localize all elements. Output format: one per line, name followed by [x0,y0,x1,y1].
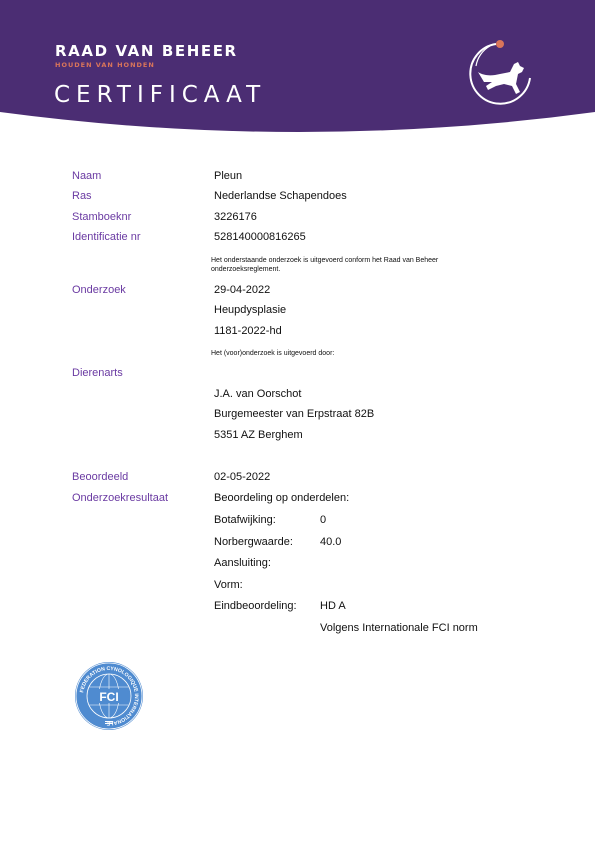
vet-street: Burgemeester van Erpstraat 82B [214,408,374,420]
congruence-label: Aansluiting: [214,557,271,569]
shape-label: Vorm: [214,579,243,591]
bone-deviation-value: 0 [320,514,326,526]
norberg-value: 40.0 [320,536,341,548]
norberg-label: Norbergwaarde: [214,536,293,548]
id-label: Identificatie nr [72,231,140,243]
leaping-dog-logo-icon [466,38,538,110]
exam-reference: 1181-2022-hd [214,325,282,337]
exam-label: Onderzoek [72,284,126,296]
vet-name: J.A. van Oorschot [214,388,301,400]
exam-date: 29-04-2022 [214,284,270,296]
fci-seal-center-text: FCI [99,690,118,704]
studbook-value: 3226176 [214,211,257,223]
studbook-label: Stamboeknr [72,211,131,223]
fci-seal-icon: FCI FEDERATION CYNOLOGIQUE INTERNATIONAL… [74,661,144,731]
fci-norm-note: Volgens Internationale FCI norm [320,622,478,634]
name-label: Naam [72,170,101,182]
org-name: RAAD VAN BEHEER [55,42,238,60]
bone-deviation-label: Botafwijking: [214,514,276,526]
parts-heading: Beoordeling op onderdelen: [214,492,349,504]
breed-value: Nederlandse Schapendoes [214,190,347,202]
judged-date: 02-05-2022 [214,471,270,483]
judged-label: Beoordeeld [72,471,128,483]
vet-label: Dierenarts [72,367,123,379]
page-title: CERTIFICAAT [54,82,266,108]
result-label: Onderzoekresultaat [72,492,168,504]
vet-city: 5351 AZ Berghem [214,429,303,441]
final-grade-value: HD A [320,600,346,612]
performed-by-note: Het (voor)onderzoek is uitgevoerd door: [211,349,501,358]
final-grade-label: Eindbeoordeling: [214,600,297,612]
exam-type: Heupdysplasie [214,304,286,316]
org-tagline: HOUDEN VAN HONDEN [55,61,155,69]
name-value: Pleun [214,170,242,182]
id-value: 528140000816265 [214,231,306,243]
breed-label: Ras [72,190,92,202]
conformity-note: Het onderstaande onderzoek is uitgevoerd… [211,256,501,274]
header-band: RAAD VAN BEHEER HOUDEN VAN HONDEN CERTIF… [0,0,595,140]
